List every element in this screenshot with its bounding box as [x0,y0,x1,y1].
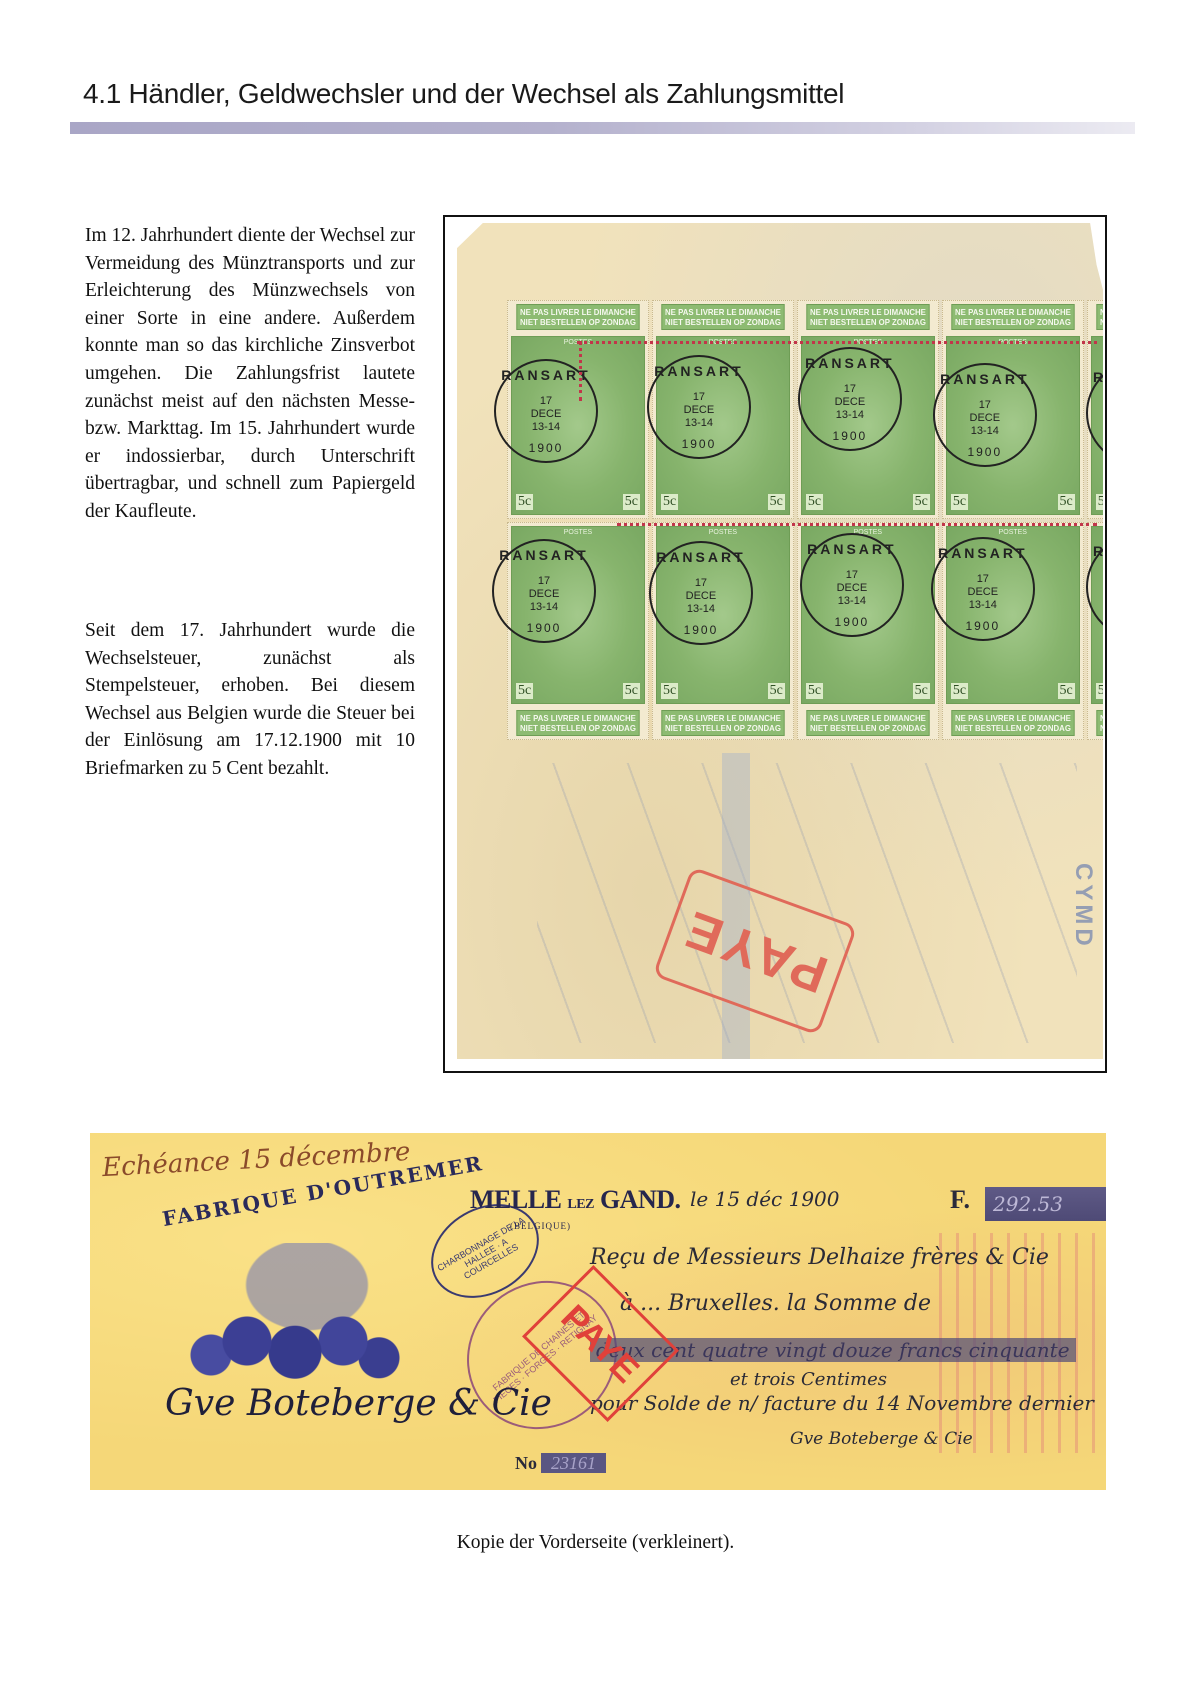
image-caption: Kopie der Vorderseite (verkleinert). [0,1532,1191,1554]
stamp-value: 5c [1096,494,1113,510]
amount-box: 292.53 [985,1187,1106,1221]
handwriting-line: et trois Centimes [730,1369,887,1390]
postage-stamp: POSTES5c5cRANSART17DECE13-141900NE PAS L… [1087,522,1191,741]
postage-stamp: NE PAS LIVRER LE DIMANCHENIET BESTELLEN … [507,300,649,519]
ransart-cancel-postmark: RANSART17DECE13-141900 [649,541,753,645]
written-date: le 15 déc 1900 [690,1187,840,1211]
stamp-value: 5c [806,494,823,510]
stamp-postes-label: POSTES [802,529,934,536]
ransart-cancel-postmark: RANSART17DECE13-141900 [494,359,598,463]
handwriting-line: pour Solde de n/ facture du 14 Novembre … [590,1391,1094,1415]
postmark-town: RANSART [1088,369,1188,385]
stamp-face: POSTES5c5cRANSART17DECE13-141900 [656,336,790,515]
ransart-cancel-postmark: RANSART17DECE13-141900 [492,539,596,643]
stamp-value: 5c [913,494,930,510]
stamp-value: 5c [661,494,678,510]
stamp-tab: NE PAS LIVRER LE DIMANCHENIET BESTELLEN … [1096,710,1191,736]
stamp-value: 5c [1058,494,1075,510]
postmark-date: 17DECE13-14 [800,383,900,422]
postmark-town: RANSART [651,549,751,565]
postage-stamp: NE PAS LIVRER LE DIMANCHENIET BESTELLEN … [1087,300,1191,519]
handwriting-line: à ... Bruxelles. la Somme de [620,1291,931,1316]
medals-vignette [175,1243,415,1383]
title-underline-bar [70,122,1135,134]
postmark-town: RANSART [802,541,902,557]
postmark-town: RANSART [935,371,1035,387]
ransart-cancel-postmark: RANSART17DECE13-141900 [1086,535,1190,639]
postage-stamp: POSTES5c5cRANSART17DECE13-141900NE PAS L… [797,522,939,741]
postmark-town: RANSART [649,363,749,379]
stamp-face: POSTES5c5cRANSART17DECE13-141900 [946,336,1080,515]
ransart-cancel-postmark: RANSART17DECE13-141900 [798,347,902,451]
handwritten-signature: Gve Boteberge & Cie [790,1429,973,1449]
postmark-year: 1900 [802,615,902,629]
postmark-year: 1900 [933,619,1033,633]
postmark-year: 1900 [651,623,751,637]
postmark-town: RANSART [494,547,594,563]
postmark-year: 1900 [800,429,900,443]
stamp-value: 5c [623,494,640,510]
stamp-tab: NE PAS LIVRER LE DIMANCHENIET BESTELLEN … [661,710,784,736]
postmark-date: 17DECE13-14 [651,577,751,616]
stamp-value: 5c [623,683,640,699]
postmark-year: 1900 [1088,617,1188,631]
bleed-through-side-text: CYMD [1069,863,1097,950]
stamp-value: 5c [768,683,785,699]
postage-stamp: POSTES5c5cRANSART17DECE13-141900NE PAS L… [652,522,794,741]
stamp-value: 5c [806,683,823,699]
stamp-value: 5c [1058,683,1075,699]
stamp-tab: NE PAS LIVRER LE DIMANCHENIET BESTELLEN … [806,304,929,330]
body-paragraph-2: Seit dem 17. Jahrhundert wurde die Wechs… [85,617,415,783]
stamp-tab: NE PAS LIVRER LE DIMANCHENIET BESTELLEN … [1096,304,1191,330]
country-label: (BELGIQUE) [510,1221,571,1231]
bill-back-image-frame: NE PAS LIVRER LE DIMANCHENIET BESTELLEN … [443,215,1107,1073]
stamp-postes-label: POSTES [512,529,644,536]
stamp-face: POSTES5c5cRANSART17DECE13-141900 [946,526,1080,705]
postage-stamp: NE PAS LIVRER LE DIMANCHENIET BESTELLEN … [652,300,794,519]
postage-stamp: POSTES5c5cRANSART17DECE13-141900NE PAS L… [507,522,649,741]
postmark-year: 1900 [496,441,596,455]
ransart-cancel-postmark: RANSART17DECE13-141900 [647,355,751,459]
stamp-value: 5c [951,683,968,699]
stamp-value: 5c [768,494,785,510]
stamp-tab: NE PAS LIVRER LE DIMANCHENIET BESTELLEN … [516,304,639,330]
postmark-date: 17DECE13-14 [933,573,1033,612]
bill-front-image: Echéance 15 décembre FABRIQUE D'OUTREMER… [90,1133,1106,1490]
stamp-face: POSTES5c5cRANSART17DECE13-141900 [801,336,935,515]
currency-symbol: F. [950,1185,970,1215]
postmark-year: 1900 [494,621,594,635]
stamp-face: POSTES5c5cRANSART17DECE13-141900 [801,526,935,705]
stamp-face: POSTES5c5cRANSART17DECE13-141900 [656,526,790,705]
stamp-face: POSTES5c5cRANSART17DECE13-141900 [511,336,645,515]
red-perforation-mark [617,523,1097,526]
firm-signature: Gve Boteberge & Cie [165,1383,552,1424]
postmark-date: 17DECE13-14 [802,569,902,608]
postmark-town: RANSART [1088,543,1188,559]
postmark-town: RANSART [800,355,900,371]
stamp-value: 5c [913,683,930,699]
postmark-date: 17DECE13-14 [1088,571,1188,610]
stamp-postes-label: POSTES [1092,339,1191,346]
stamp-value: 5c [516,494,533,510]
postmark-date: 17DECE13-14 [494,575,594,614]
postmark-year: 1900 [1088,443,1188,457]
stamp-face: POSTES5c5cRANSART17DECE13-141900 [1091,526,1191,705]
red-perforation-mark [579,341,582,401]
postmark-year: 1900 [649,437,749,451]
postmark-year: 1900 [935,445,1035,459]
bill-number: No23161 [515,1453,606,1474]
page-title: 4.1 Händler, Geldwechsler und der Wechse… [83,78,844,110]
stamp-value: 5c [951,494,968,510]
stamp-value: 5c [516,683,533,699]
stamp-tab: NE PAS LIVRER LE DIMANCHENIET BESTELLEN … [951,304,1074,330]
stamp-postes-label: POSTES [1092,529,1191,536]
place-heading: MELLE LEZ GAND. [470,1185,681,1215]
postmark-town: RANSART [933,545,1033,561]
stamp-postes-label: POSTES [947,529,1079,536]
body-paragraph-1: Im 12. Jahrhundert diente der Wechsel zu… [85,222,415,526]
stamp-tab: NE PAS LIVRER LE DIMANCHENIET BESTELLEN … [516,710,639,736]
stamp-postes-label: POSTES [657,529,789,536]
stamp-block: NE PAS LIVRER LE DIMANCHENIET BESTELLEN … [507,300,1107,740]
stamp-tab: NE PAS LIVRER LE DIMANCHENIET BESTELLEN … [661,304,784,330]
stamp-value: 5c [661,683,678,699]
bill-back-image: NE PAS LIVRER LE DIMANCHENIET BESTELLEN … [457,223,1103,1059]
red-perforation-mark [577,341,1097,344]
stamp-tab: NE PAS LIVRER LE DIMANCHENIET BESTELLEN … [806,710,929,736]
ransart-cancel-postmark: RANSART17DECE13-141900 [933,363,1037,467]
handwriting-line: Reçu de Messieurs Delhaize frères & Cie [590,1245,1049,1270]
stamp-tab: NE PAS LIVRER LE DIMANCHENIET BESTELLEN … [951,710,1074,736]
postmark-date: 17DECE13-14 [1088,397,1188,436]
postmark-date: 17DECE13-14 [649,391,749,430]
postage-stamp: POSTES5c5cRANSART17DECE13-141900NE PAS L… [942,522,1084,741]
ransart-cancel-postmark: RANSART17DECE13-141900 [931,537,1035,641]
postage-stamp: NE PAS LIVRER LE DIMANCHENIET BESTELLEN … [797,300,939,519]
stamp-face: POSTES5c5cRANSART17DECE13-141900 [1091,336,1191,515]
postage-stamp: NE PAS LIVRER LE DIMANCHENIET BESTELLEN … [942,300,1084,519]
ransart-cancel-postmark: RANSART17DECE13-141900 [1086,361,1190,465]
ransart-cancel-postmark: RANSART17DECE13-141900 [800,533,904,637]
stamp-face: POSTES5c5cRANSART17DECE13-141900 [511,526,645,705]
stamp-value: 5c [1096,683,1113,699]
postmark-date: 17DECE13-14 [935,399,1035,438]
